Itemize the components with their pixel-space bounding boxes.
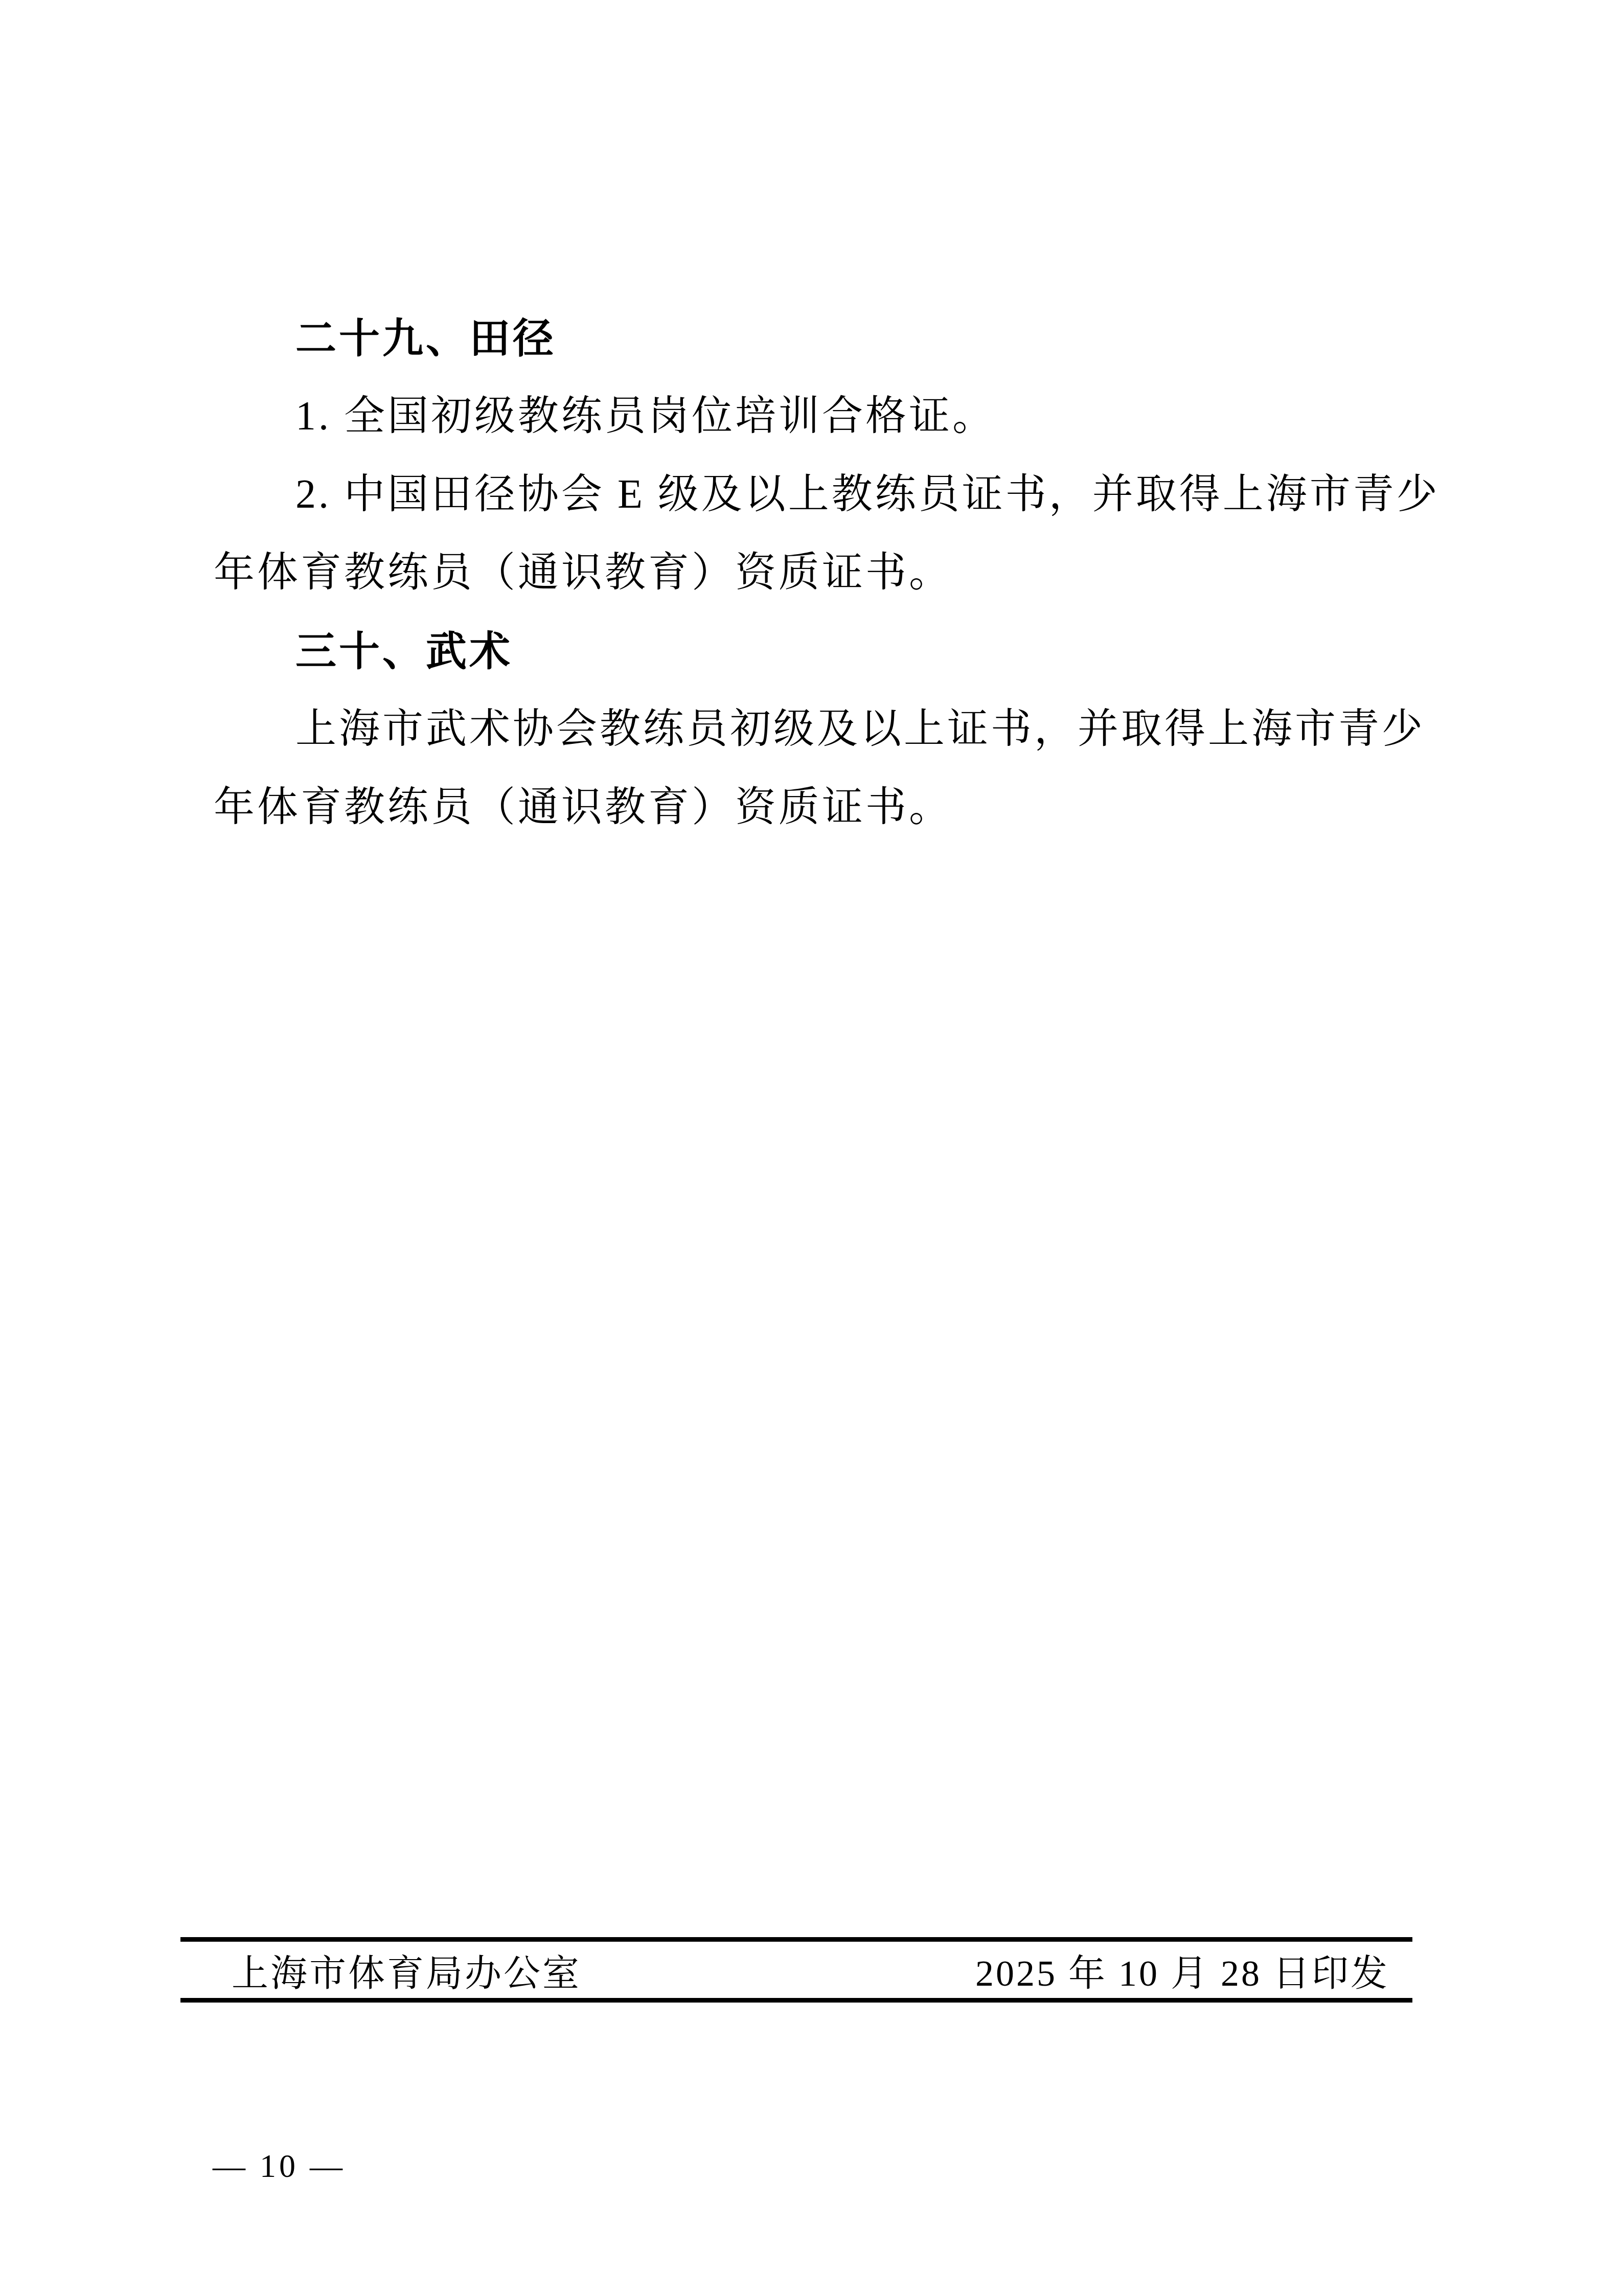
heading-29-athletics: 二十九、田径 xyxy=(214,299,1424,377)
colophon-row: 上海市体育局办公室 2025 年 10 月 28 日印发 xyxy=(180,1942,1412,1998)
colophon-bottom-rule xyxy=(180,1998,1412,2003)
page-number: — 10 — xyxy=(213,2147,346,2185)
colophon-top-rule xyxy=(180,1937,1412,1942)
colophon-issuer: 上海市体育局办公室 xyxy=(232,1943,581,1996)
document-page: 二十九、田径 1. 全国初级教练员岗位培训合格证。 2. 中国田径协会 E 级及… xyxy=(0,0,1623,2296)
para-wushu-line1: 上海市武术协会教练员初级及以上证书，并取得上海市青少 xyxy=(214,690,1424,768)
document-body: 二十九、田径 1. 全国初级教练员岗位培训合格证。 2. 中国田径协会 E 级及… xyxy=(214,299,1424,847)
para-wushu-line2: 年体育教练员（通识教育）资质证书。 xyxy=(214,768,1424,847)
para-athletics-item1: 1. 全国初级教练员岗位培训合格证。 xyxy=(214,377,1424,456)
para-athletics-item2-line1: 2. 中国田径协会 E 级及以上教练员证书，并取得上海市青少 xyxy=(214,456,1424,534)
para-athletics-item2-line2: 年体育教练员（通识教育）资质证书。 xyxy=(214,534,1424,612)
heading-30-wushu: 三十、武术 xyxy=(214,612,1424,690)
colophon-print-date: 2025 年 10 月 28 日印发 xyxy=(975,1943,1389,1996)
